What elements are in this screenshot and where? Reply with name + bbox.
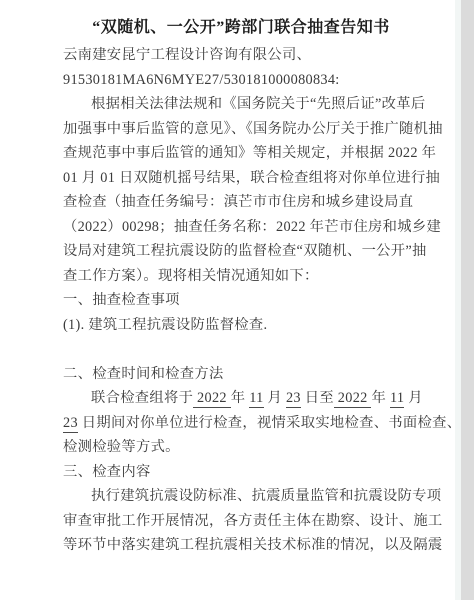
doc-line: 根据相关法律法规和《国务院关于“先照后证”改革后 [63, 92, 419, 117]
text-segment: 月 [264, 390, 286, 406]
doc-blank-line [63, 337, 419, 362]
doc-line: 联合检查组将于 2022 年 11 月 23 日至 2022 年 11 月 [63, 386, 419, 411]
text-segment: 审查审批工作开展情况，各方责任主体在勘察、设计、施工 [63, 513, 443, 529]
text-segment: （2022）00298；抽查任务名称：2022 年芒市住房和城乡建 [63, 219, 441, 235]
underlined-value: 23 [63, 415, 78, 433]
document-lines: 云南建安昆宁工程设计咨询有限公司、91530181MA6N6MYE27/5301… [63, 43, 419, 558]
text-segment: 年 [231, 390, 249, 406]
text-segment: 查规范事中事后监管的通知》等相关规定，并根据 2022 年 [63, 145, 436, 161]
doc-line: 审查审批工作开展情况，各方责任主体在勘察、设计、施工 [63, 509, 419, 534]
doc-line: 二、检查时间和检查方法 [63, 362, 419, 387]
doc-line: 三、检查内容 [63, 460, 419, 485]
doc-line: 执行建筑抗震设防标准、抗震质量监管和抗震设防专项 [63, 484, 419, 509]
notice-document: “双随机、一公开”跨部门联合抽查告知书 云南建安昆宁工程设计咨询有限公司、915… [63, 14, 419, 558]
doc-line: 01 月 01 日双随机摇号结果，联合检查组将对你单位进行抽 [63, 166, 419, 191]
text-segment: 一、抽查检查事项 [63, 292, 180, 308]
doc-line: 云南建安昆宁工程设计咨询有限公司、 [63, 43, 419, 68]
text-segment: 根据相关法律法规和《国务院关于“先照后证”改革后 [91, 96, 425, 112]
document-page: “双随机、一公开”跨部门联合抽查告知书 云南建安昆宁工程设计咨询有限公司、915… [0, 0, 474, 600]
text-segment: 年 [371, 390, 389, 406]
text-segment: (1). 建筑工程抗震设防监督检查. [63, 317, 267, 333]
text-segment: 91530181MA6N6MYE27/530181000080834: [63, 72, 340, 88]
text-segment: 月 [404, 390, 422, 406]
doc-line: 设局对建筑工程抗震设防的监督检查“双随机、一公开”抽 [63, 239, 419, 264]
text-segment: 查工作方案）。现将相关情况通知如下： [63, 268, 319, 284]
text-segment: 联合检查组将于 [91, 390, 193, 406]
page-right-edge [461, 0, 474, 600]
underlined-value: 2022 [334, 390, 372, 408]
doc-line: 查规范事中事后监管的通知》等相关规定，并根据 2022 年 [63, 141, 419, 166]
doc-line: 检测检验等方式。 [63, 435, 419, 460]
doc-line: 91530181MA6N6MYE27/530181000080834: [63, 68, 419, 93]
text-segment: 日期间对你单位进行检查，视情采取实地检查、书面检查、 [78, 415, 461, 431]
text-segment: 检测检验等方式。 [63, 439, 180, 455]
doc-line: 查工作方案）。现将相关情况通知如下： [63, 264, 419, 289]
text-segment: 查检查（抽查任务编号：滇芒市市住房和城乡建设局直 [63, 194, 413, 210]
underlined-value: 11 [390, 390, 404, 408]
doc-line: 等环节中落实建筑工程抗震相关技术标准的情况，以及隔震 [63, 533, 419, 558]
underlined-value: 23 [286, 390, 301, 408]
doc-line: 查检查（抽查任务编号：滇芒市市住房和城乡建设局直 [63, 190, 419, 215]
doc-line: 23 日期间对你单位进行检查，视情采取实地检查、书面检查、 [63, 411, 419, 436]
text-segment: 二、检查时间和检查方法 [63, 366, 224, 382]
text-segment: 等环节中落实建筑工程抗震相关技术标准的情况，以及隔震 [63, 537, 443, 553]
text-segment: 云南建安昆宁工程设计咨询有限公司、 [63, 47, 311, 63]
text-segment: 执行建筑抗震设防标准、抗震质量监管和抗震设防专项 [91, 488, 441, 504]
doc-line: 一、抽查检查事项 [63, 288, 419, 313]
text-segment: 三、检查内容 [63, 464, 151, 480]
text-segment: 设局对建筑工程抗震设防的监督检查“双随机、一公开”抽 [63, 243, 427, 259]
text-segment: 日至 [301, 390, 334, 406]
doc-line: （2022）00298；抽查任务名称：2022 年芒市住房和城乡建 [63, 215, 419, 240]
underlined-value: 11 [249, 390, 263, 408]
doc-line: 加强事中事后监管的意见》、《国务院办公厅关于推广随机抽 [63, 117, 419, 142]
text-segment: 加强事中事后监管的意见》、《国务院办公厅关于推广随机抽 [63, 121, 443, 137]
document-title: “双随机、一公开”跨部门联合抽查告知书 [63, 14, 419, 42]
doc-line: (1). 建筑工程抗震设防监督检查. [63, 313, 419, 338]
text-segment: 01 月 01 日双随机摇号结果，联合检查组将对你单位进行抽 [63, 170, 440, 186]
underlined-value: 2022 [193, 390, 231, 408]
